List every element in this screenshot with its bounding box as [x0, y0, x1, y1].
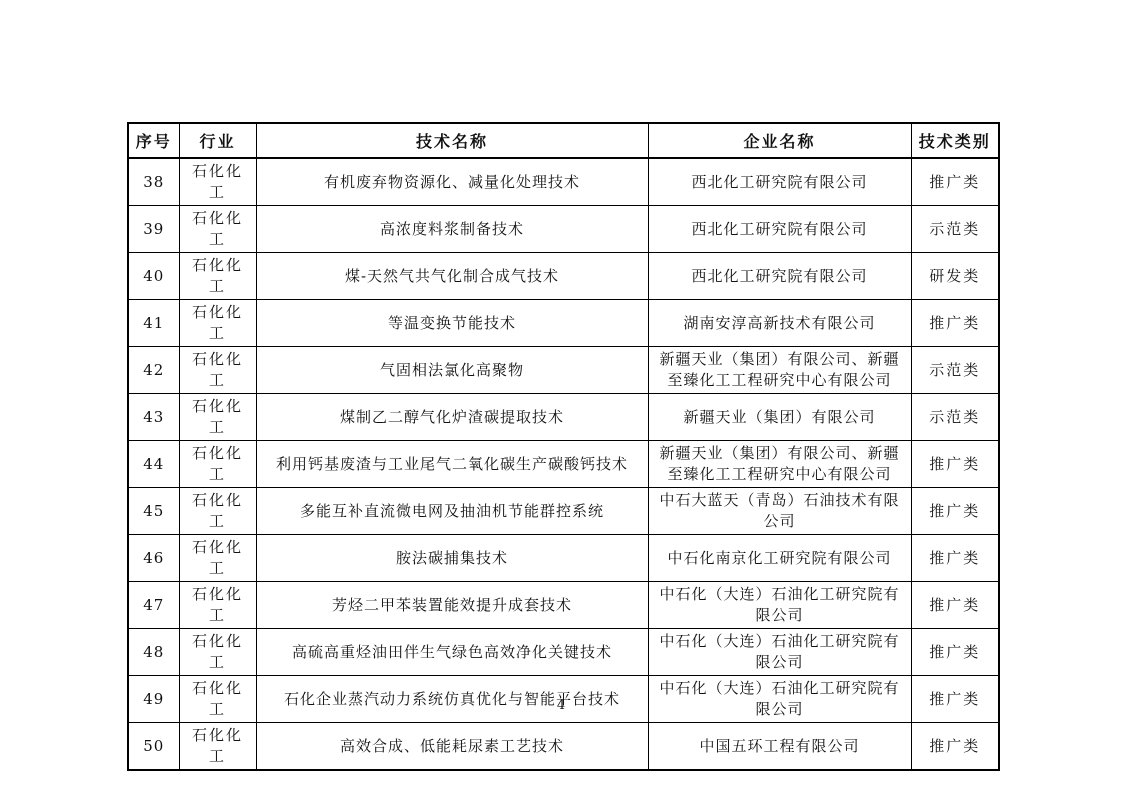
cell-no: 43 — [128, 394, 179, 441]
cell-industry: 石化化工 — [179, 206, 256, 253]
cell-category: 推广类 — [911, 582, 999, 629]
column-header-company: 企业名称 — [648, 123, 911, 158]
cell-company: 西北化工研究院有限公司 — [648, 206, 911, 253]
cell-no: 39 — [128, 206, 179, 253]
table-row: 43石化化工煤制乙二醇气化炉渣碳提取技术新疆天业（集团）有限公司示范类 — [128, 394, 999, 441]
cell-tech: 有机废弃物资源化、减量化处理技术 — [256, 158, 648, 206]
cell-no: 40 — [128, 253, 179, 300]
table-row: 47石化化工芳烃二甲苯装置能效提升成套技术中石化（大连）石油化工研究院有限公司推… — [128, 582, 999, 629]
cell-no: 45 — [128, 488, 179, 535]
cell-industry: 石化化工 — [179, 723, 256, 771]
table-row: 46石化化工胺法碳捕集技术中石化南京化工研究院有限公司推广类 — [128, 535, 999, 582]
cell-tech: 煤制乙二醇气化炉渣碳提取技术 — [256, 394, 648, 441]
cell-industry: 石化化工 — [179, 300, 256, 347]
cell-tech: 胺法碳捕集技术 — [256, 535, 648, 582]
cell-no: 46 — [128, 535, 179, 582]
table-row: 39石化化工高浓度料浆制备技术西北化工研究院有限公司示范类 — [128, 206, 999, 253]
cell-category: 推广类 — [911, 723, 999, 771]
cell-industry: 石化化工 — [179, 441, 256, 488]
column-header-category: 技术类别 — [911, 123, 999, 158]
cell-category: 推广类 — [911, 488, 999, 535]
cell-company: 西北化工研究院有限公司 — [648, 253, 911, 300]
column-header-tech: 技术名称 — [256, 123, 648, 158]
table-row: 41石化化工等温变换节能技术湖南安淳高新技术有限公司推广类 — [128, 300, 999, 347]
cell-industry: 石化化工 — [179, 394, 256, 441]
table-row: 44石化化工利用钙基废渣与工业尾气二氧化碳生产碳酸钙技术新疆天业（集团）有限公司… — [128, 441, 999, 488]
table-row: 45石化化工多能互补直流微电网及抽油机节能群控系统中石大蓝天（青岛）石油技术有限… — [128, 488, 999, 535]
cell-category: 示范类 — [911, 394, 999, 441]
cell-industry: 石化化工 — [179, 158, 256, 206]
cell-no: 44 — [128, 441, 179, 488]
cell-tech: 高硫高重烃油田伴生气绿色高效净化关键技术 — [256, 629, 648, 676]
cell-industry: 石化化工 — [179, 535, 256, 582]
cell-industry: 石化化工 — [179, 347, 256, 394]
cell-tech: 煤-天然气共气化制合成气技术 — [256, 253, 648, 300]
cell-company: 湖南安淳高新技术有限公司 — [648, 300, 911, 347]
table-head: 序号 行业 技术名称 企业名称 技术类别 — [128, 123, 999, 158]
cell-tech: 高效合成、低能耗尿素工艺技术 — [256, 723, 648, 771]
cell-no: 42 — [128, 347, 179, 394]
cell-industry: 石化化工 — [179, 582, 256, 629]
cell-category: 推广类 — [911, 629, 999, 676]
column-header-industry: 行业 — [179, 123, 256, 158]
technology-table: 序号 行业 技术名称 企业名称 技术类别 38石化化工有机废弃物资源化、减量化处… — [127, 122, 1000, 771]
cell-no: 41 — [128, 300, 179, 347]
document-page: 序号 行业 技术名称 企业名称 技术类别 38石化化工有机废弃物资源化、减量化处… — [0, 0, 1122, 793]
table-row: 42石化化工气固相法氯化高聚物新疆天业（集团）有限公司、新疆至臻化工工程研究中心… — [128, 347, 999, 394]
cell-tech: 等温变换节能技术 — [256, 300, 648, 347]
cell-company: 中石化（大连）石油化工研究院有限公司 — [648, 629, 911, 676]
cell-category: 推广类 — [911, 300, 999, 347]
cell-tech: 多能互补直流微电网及抽油机节能群控系统 — [256, 488, 648, 535]
table-row: 38石化化工有机废弃物资源化、减量化处理技术西北化工研究院有限公司推广类 — [128, 158, 999, 206]
cell-no: 47 — [128, 582, 179, 629]
cell-company: 新疆天业（集团）有限公司、新疆至臻化工工程研究中心有限公司 — [648, 347, 911, 394]
cell-category: 推广类 — [911, 158, 999, 206]
cell-no: 38 — [128, 158, 179, 206]
cell-company: 中国五环工程有限公司 — [648, 723, 911, 771]
cell-company: 中石化南京化工研究院有限公司 — [648, 535, 911, 582]
table-header-row: 序号 行业 技术名称 企业名称 技术类别 — [128, 123, 999, 158]
cell-tech: 高浓度料浆制备技术 — [256, 206, 648, 253]
cell-no: 50 — [128, 723, 179, 771]
table-body: 38石化化工有机废弃物资源化、减量化处理技术西北化工研究院有限公司推广类39石化… — [128, 158, 999, 770]
cell-company: 西北化工研究院有限公司 — [648, 158, 911, 206]
cell-category: 推广类 — [911, 441, 999, 488]
table-row: 50石化化工高效合成、低能耗尿素工艺技术中国五环工程有限公司推广类 — [128, 723, 999, 771]
cell-tech: 气固相法氯化高聚物 — [256, 347, 648, 394]
cell-industry: 石化化工 — [179, 488, 256, 535]
page-number: 4 — [0, 698, 1122, 713]
cell-company: 新疆天业（集团）有限公司 — [648, 394, 911, 441]
cell-tech: 利用钙基废渣与工业尾气二氧化碳生产碳酸钙技术 — [256, 441, 648, 488]
cell-no: 48 — [128, 629, 179, 676]
cell-company: 新疆天业（集团）有限公司、新疆至臻化工工程研究中心有限公司 — [648, 441, 911, 488]
cell-category: 推广类 — [911, 535, 999, 582]
cell-tech: 芳烃二甲苯装置能效提升成套技术 — [256, 582, 648, 629]
cell-industry: 石化化工 — [179, 629, 256, 676]
table-row: 48石化化工高硫高重烃油田伴生气绿色高效净化关键技术中石化（大连）石油化工研究院… — [128, 629, 999, 676]
cell-industry: 石化化工 — [179, 253, 256, 300]
cell-category: 示范类 — [911, 206, 999, 253]
cell-company: 中石化（大连）石油化工研究院有限公司 — [648, 582, 911, 629]
cell-company: 中石大蓝天（青岛）石油技术有限公司 — [648, 488, 911, 535]
table-row: 40石化化工煤-天然气共气化制合成气技术西北化工研究院有限公司研发类 — [128, 253, 999, 300]
column-header-no: 序号 — [128, 123, 179, 158]
cell-category: 研发类 — [911, 253, 999, 300]
cell-category: 示范类 — [911, 347, 999, 394]
